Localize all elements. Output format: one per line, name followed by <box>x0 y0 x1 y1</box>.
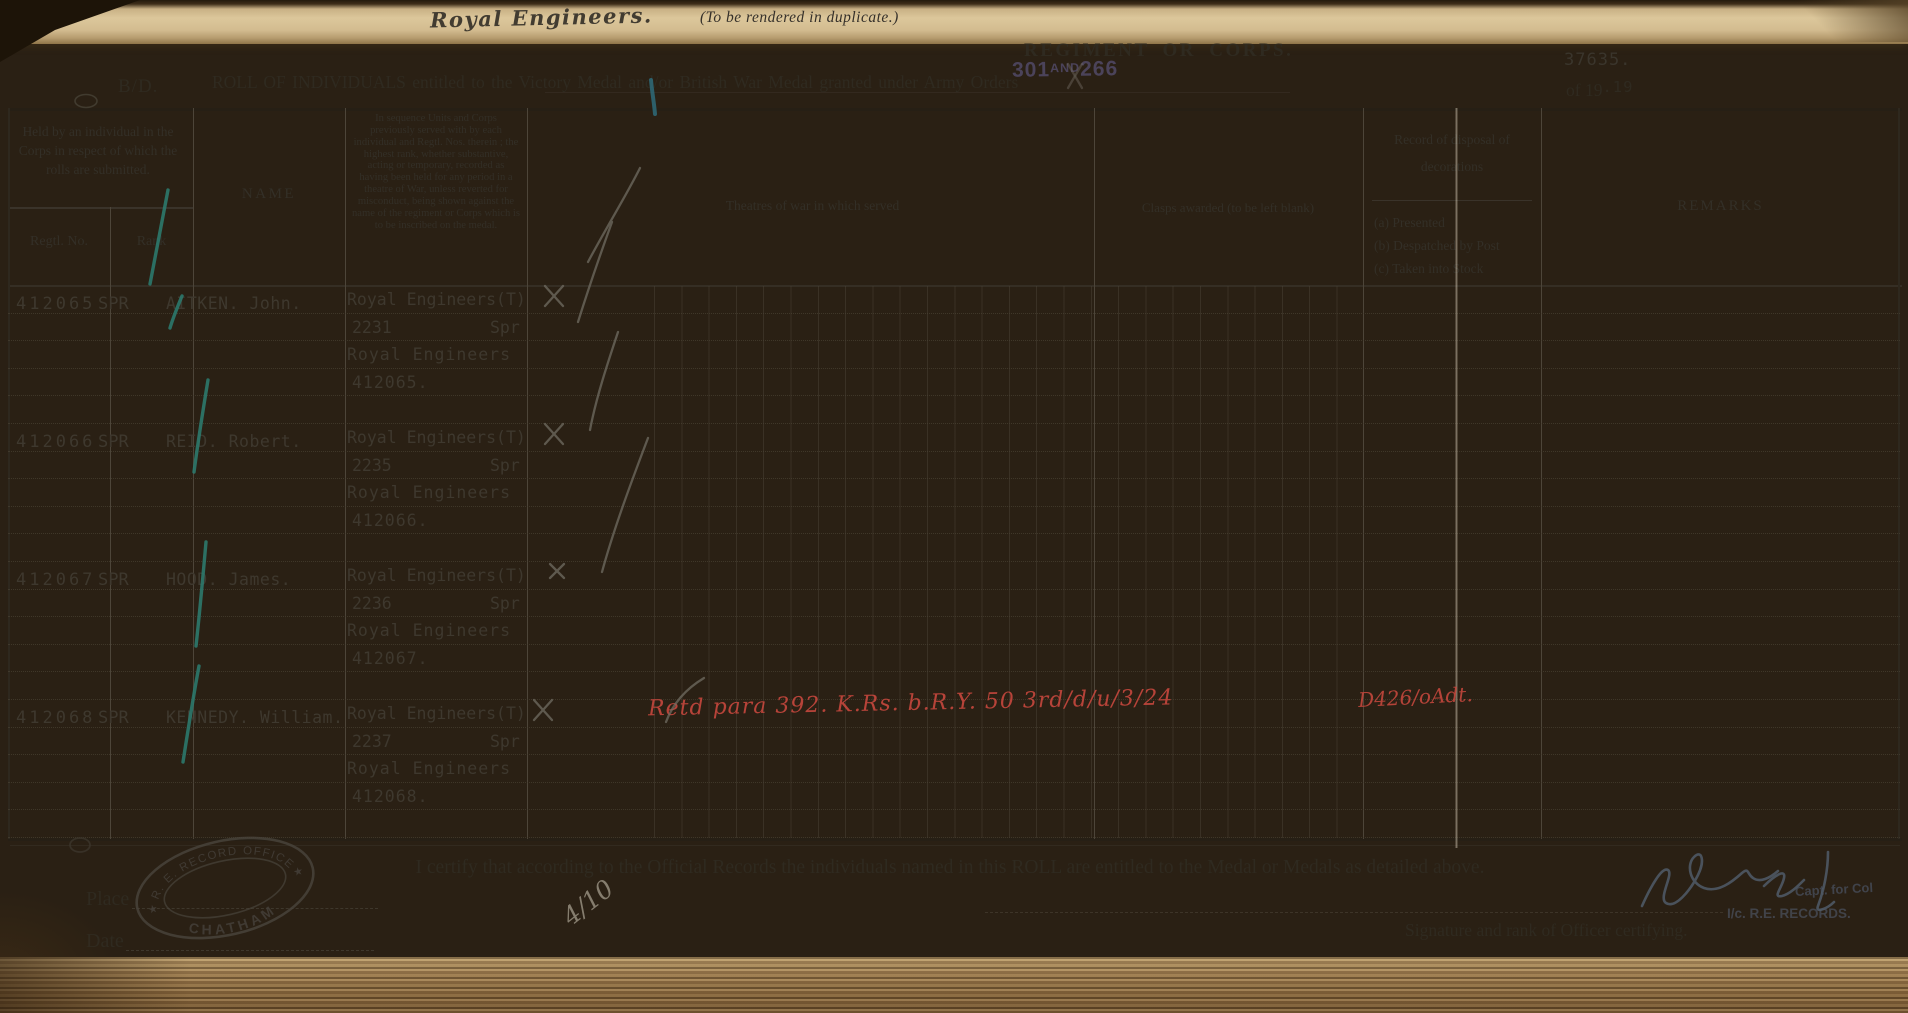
army-orders-number-2: 266 <box>1080 57 1118 81</box>
entry-unit-rank: Spr <box>490 456 520 475</box>
page-corner-shadow-right <box>1768 0 1908 42</box>
header-clasps: Clasps awarded (to be left blank) <box>1097 200 1359 216</box>
page-top-edge <box>0 0 1908 44</box>
entry-unit-line1: Royal Engineers(T) <box>347 566 526 585</box>
entry-unit-line2: Royal Engineers <box>347 345 511 364</box>
entry-unit-number: 2237 <box>352 732 392 751</box>
book-page-edges <box>0 957 1908 1013</box>
of-year-label: of 19 <box>1566 80 1602 100</box>
entry-rank: SPR <box>98 432 129 452</box>
entry-name: AITKEN. John. <box>166 294 302 313</box>
roll-entry-412067: 412067 SPR HOOD. James. Royal Engineers(… <box>0 564 1908 704</box>
table-bottom-thin-line <box>10 845 1900 846</box>
header-name: NAME <box>193 186 345 203</box>
of-year-typed: .19 <box>1602 78 1633 96</box>
entry-name: HOOD. James. <box>166 570 291 589</box>
entry-unit-number: 2235 <box>352 456 392 475</box>
army-orders-underline <box>545 92 1290 93</box>
stamp-arc-top-text: R. E. RECORD OFFICE <box>143 832 298 904</box>
disposal-item-c: (c) Taken into Stock <box>1374 258 1500 281</box>
date-blank-line <box>126 950 374 951</box>
re-records-stamp: I/c. R.E. RECORDS. <box>1727 906 1851 921</box>
header-held-by: Held by an individual in the Corps in re… <box>14 122 182 179</box>
medal-roll-document: Royal Engineers. (To be rendered in dupl… <box>0 0 1908 1013</box>
header-regtl-no: Regtl. No. <box>8 234 110 250</box>
table-top-border <box>8 108 1902 111</box>
signature-rank-stamp: Capt. for Col <box>1795 880 1874 899</box>
army-orders-and: AND <box>1050 61 1080 75</box>
sheet-number: 37635. <box>1564 50 1631 70</box>
entry-name: KENNEDY. William. <box>166 708 343 727</box>
header-disposal-items: (a) Presented (b) Despatched by Post (c)… <box>1374 212 1500 281</box>
army-orders-number-1: 301 <box>1012 58 1050 82</box>
entry-regtl-no: 412065 <box>16 294 95 314</box>
header-disposal-title: Record of disposal of decorations <box>1368 126 1536 180</box>
entry-regtl-no: 412067 <box>16 570 95 590</box>
entry-unit-line2: Royal Engineers <box>347 483 511 502</box>
entry-unit-line2: Royal Engineers <box>347 621 511 640</box>
entry-unit-rank: Spr <box>490 732 520 751</box>
heldby-box-bottom-line <box>8 207 193 209</box>
certification-statement: I certify that according to the Official… <box>330 857 1570 879</box>
signature-scrawl <box>1642 852 1834 910</box>
roll-entry-412066: 412066 SPR REID. Robert. Royal Engineers… <box>0 426 1908 566</box>
of-year: of 19.19 <box>1566 80 1633 101</box>
entry-name: REID. Robert. <box>166 432 302 451</box>
header-theatres: Theatres of war in which served <box>540 198 1085 214</box>
disposal-item-a: (a) Presented <box>1374 212 1500 235</box>
entry-rank: SPR <box>98 708 129 728</box>
entry-rank: SPR <box>98 570 129 590</box>
duplicate-note: (To be rendered in duplicate.) <box>700 9 899 27</box>
entry-unit-line1: Royal Engineers(T) <box>347 704 526 723</box>
entry-unit-number: 2231 <box>352 318 392 337</box>
entry-rank: SPR <box>98 294 129 314</box>
signature-line <box>985 912 1723 913</box>
signature-caption: Signature and rank of Officer certifying… <box>1405 920 1688 941</box>
entry-regtl-no: 412068 <box>16 708 95 728</box>
entry-medal-number: 412067. <box>352 649 429 668</box>
entry-regtl-no: 412066 <box>16 432 95 452</box>
army-orders-number-stamp: 301AND266 <box>1012 57 1119 82</box>
stamp-inner-ring <box>159 848 292 929</box>
stamp-star-right: ★ <box>292 865 304 879</box>
entry-unit-line2: Royal Engineers <box>347 759 511 778</box>
entry-unit-line1: Royal Engineers(T) <box>347 428 526 447</box>
roll-title: ROLL OF INDIVIDUALS entitled to the Vict… <box>212 72 1018 93</box>
entry-medal-number: 412068. <box>352 787 429 806</box>
pencil-fraction-note: 4/10 <box>557 874 619 931</box>
place-blank-line <box>132 908 378 909</box>
entry-unit-line1: Royal Engineers(T) <box>347 290 526 309</box>
stamp-arc-bottom-text: CHATHAM <box>184 900 281 946</box>
disposal-item-b: (b) Despatched by Post <box>1374 235 1500 258</box>
entry-medal-number: 412065. <box>352 373 429 392</box>
roll-entry-412068: 412068 SPR KENNEDY. William. Royal Engin… <box>0 702 1908 842</box>
entry-unit-number: 2236 <box>352 594 392 613</box>
header-units-description: In sequence Units and Corps previously s… <box>352 113 520 232</box>
header-rank: Rank <box>110 234 193 250</box>
entry-unit-rank: Spr <box>490 594 520 613</box>
circle-mark <box>75 95 97 108</box>
pencil-mark <box>588 168 640 262</box>
roll-entry-412065: 412065 SPR AITKEN. John. Royal Engineers… <box>0 288 1908 428</box>
disposal-divider-line <box>1372 200 1532 201</box>
regiment-name-stamp: Royal Engineers. <box>430 2 653 32</box>
entry-medal-number: 412066. <box>352 511 429 530</box>
header-remarks: REMARKS <box>1541 198 1900 215</box>
bd-label: B/D. <box>118 76 158 98</box>
stamp-star-left: ★ <box>147 903 159 917</box>
entry-unit-rank: Spr <box>490 318 520 337</box>
